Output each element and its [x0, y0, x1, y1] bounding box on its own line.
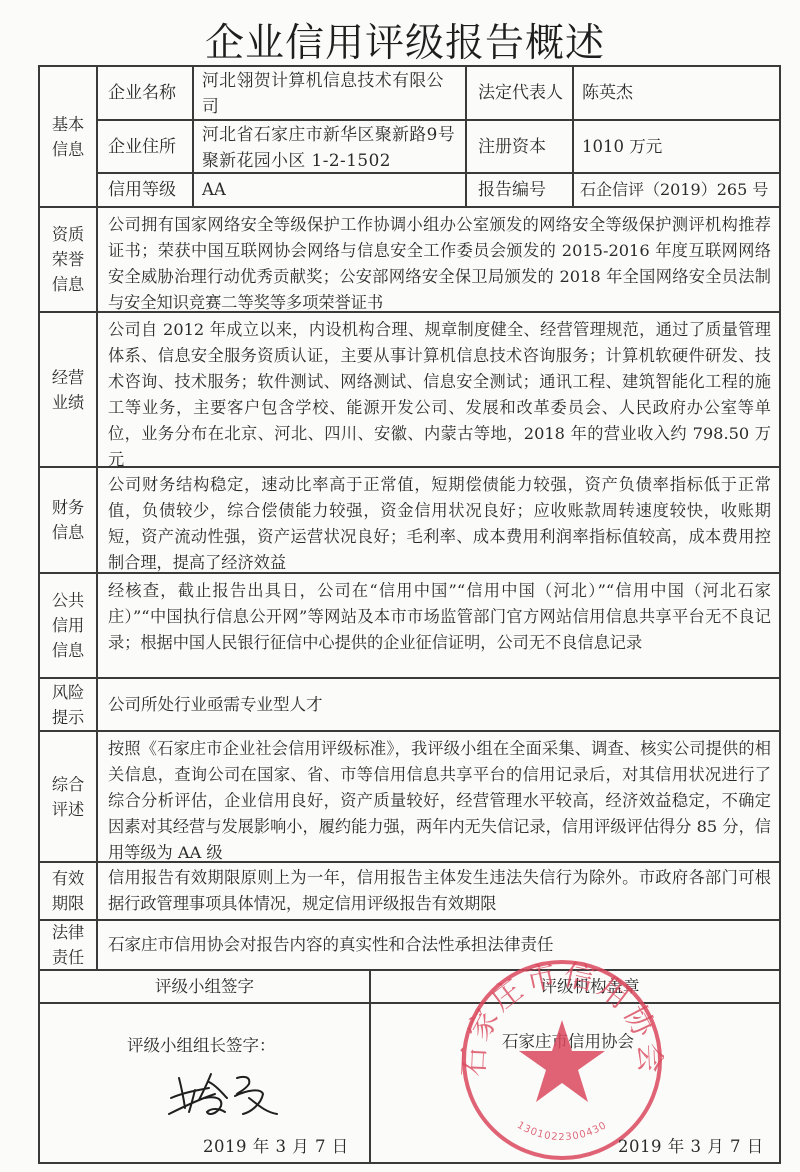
team-leader-signature-label: 评级小组组长签字：: [127, 1032, 276, 1056]
section-label-text: 资质荣誉信息: [50, 222, 86, 297]
section-label-text: 法律责任: [50, 920, 86, 970]
agency-seal-date: 2019 年 3 月 7 日: [618, 1133, 764, 1157]
field-company-name-value: 河北翎贺计算机信息技术有限公司: [194, 67, 465, 119]
table-border-right: [779, 65, 781, 1164]
section-label-overall-review: 综合评述: [40, 732, 96, 861]
section-label-legal-liability: 法律责任: [40, 921, 96, 969]
rating-team-signature-header: 评级小组签字: [40, 971, 369, 1002]
section-text-qualifications: 公司拥有国家网络安全等级保护工作协调小组办公室颁发的网络安全等级保护测评机构推荐…: [98, 208, 779, 311]
section-label-risk-warning: 风险提示: [40, 679, 96, 730]
section-label-text: 公共信用信息: [50, 588, 86, 663]
field-address-value: 河北省石家庄市新华区聚新路9号聚新花园小区 1-2-1502: [194, 121, 465, 172]
column-divider: [465, 65, 467, 207]
section-label-text: 有效期限: [50, 866, 86, 916]
section-text-validity: 信用报告有效期限原则上为一年，信用报告主体发生违法失信行为除外。市政府各部门可根…: [98, 863, 779, 919]
field-registered-capital-label: 注册资本: [474, 121, 572, 172]
section-text-legal-liability: 石家庄市信用协会对报告内容的真实性和合法性承担法律责任: [98, 921, 779, 969]
field-credit-rating-value: AA: [194, 174, 465, 206]
section-label-text: 基本信息: [50, 112, 86, 162]
section-label-text: 综合评述: [50, 772, 86, 822]
field-address-label: 企业住所: [98, 121, 192, 172]
section-label-basic-info: 基本信息: [40, 67, 96, 206]
table-border-bottom: [38, 1162, 781, 1164]
row-divider: [38, 1002, 781, 1004]
section-label-text: 财务信息: [50, 495, 86, 545]
field-company-name-label: 企业名称: [98, 67, 192, 119]
section-text-risk-warning: 公司所处行业亟需专业型人才: [98, 679, 779, 730]
section-label-financial-info: 财务信息: [40, 468, 96, 572]
section-label-text: 经营业绩: [50, 365, 86, 415]
team-signature-date: 2019 年 3 月 7 日: [203, 1133, 349, 1157]
field-report-number-value: 石企信评（2019）265 号: [574, 174, 779, 206]
section-label-public-credit: 公共信用信息: [40, 574, 96, 677]
section-text-overall-review: 按照《石家庄市企业社会信用评级标准》，我评级小组在全面采集、调查、核实公司提供的…: [98, 732, 779, 861]
svg-text:1301022300430: 1301022300430: [515, 1120, 609, 1143]
section-label-validity: 有效期限: [40, 863, 96, 919]
field-report-number-label: 报告编号: [474, 174, 572, 206]
section-text-public-credit: 经核查，截止报告出具日，公司在“信用中国”“信用中国（河北）”“信用中国（河北石…: [98, 574, 779, 677]
section-text-business-performance: 公司自 2012 年成立以来，内设机构合理、规章制度健全、经营管理规范，通过了质…: [98, 313, 779, 466]
handwritten-signature: [165, 1068, 285, 1124]
section-text-financial-info: 公司财务结构稳定，速动比率高于正常值，短期偿债能力较强，资产负债率指标低于正常值…: [98, 468, 779, 572]
field-legal-rep-label: 法定代表人: [474, 67, 572, 119]
field-credit-rating-label: 信用等级: [98, 174, 192, 206]
field-legal-rep-value: 陈英杰: [574, 67, 779, 119]
section-label-business-performance: 经营业绩: [40, 313, 96, 466]
field-registered-capital-value: 1010 万元: [574, 121, 779, 172]
section-label-qualifications: 资质荣誉信息: [40, 208, 96, 311]
section-label-text: 风险提示: [50, 680, 86, 730]
document-title: 企业信用评级报告概述: [0, 12, 800, 68]
official-seal-stamp: 石家庄市信用协会 1301022300430: [460, 958, 664, 1162]
